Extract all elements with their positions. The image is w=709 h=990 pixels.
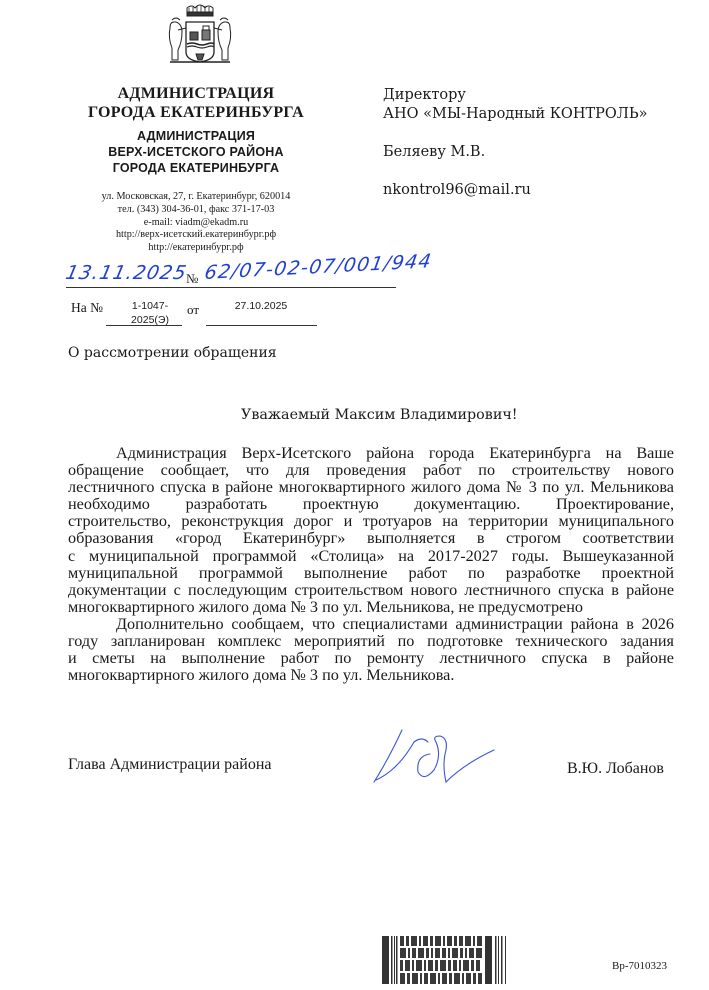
body-line: образования «город Екатеринбург» выполня… — [68, 530, 674, 547]
org-sub-line: ВЕРХ-ИСЕТСКОГО РАЙОНА — [60, 144, 332, 160]
registration-number: 62/07-02-07/001/944 — [203, 250, 434, 284]
reference-label: На № — [71, 300, 103, 316]
ekaterinburg-coat-of-arms-icon — [162, 2, 238, 68]
letter-body: Администрация Верх-Исетского района горо… — [68, 445, 674, 684]
reference-from-label: от — [187, 302, 199, 318]
org-sub-line: ГОРОДА ЕКАТЕРИНБУРГА — [60, 160, 332, 176]
body-line: Администрация Верх-Исетского района горо… — [68, 445, 674, 462]
district-organization-name: АДМИНИСТРАЦИЯ ВЕРХ-ИСЕТСКОГО РАЙОНА ГОРО… — [60, 128, 332, 176]
signatory-name: В.Ю. Лобанов — [567, 760, 664, 778]
contact-address: ул. Московская, 27, г. Екатеринбург, 620… — [60, 191, 332, 204]
registration-underline — [66, 287, 396, 288]
recipient-email[interactable]: nkontrol96@mail.ru — [383, 181, 648, 200]
recipient-block: Директору АНО «МЫ-Народный КОНТРОЛЬ» Бел… — [383, 86, 648, 200]
letter-subject: О рассмотрении обращения — [68, 345, 277, 361]
registration-date: 13.11.2025 — [64, 262, 189, 284]
body-line: многоквартирного жилого дома № 3 по ул. … — [68, 599, 674, 616]
org-main-line: АДМИНИСТРАЦИЯ — [60, 84, 332, 103]
reference-number-line: 1-1047- — [118, 299, 182, 313]
signatory-title: Глава Администрации района — [68, 756, 272, 774]
body-paragraph: Администрация Верх-Исетского района горо… — [68, 445, 674, 616]
organization-contacts: ул. Московская, 27, г. Екатеринбург, 620… — [60, 191, 332, 255]
org-sub-line: АДМИНИСТРАЦИЯ — [60, 128, 332, 144]
body-line: Дополнительно сообщаем, что специалистам… — [68, 616, 674, 633]
body-line: лестничного спуска в районе многоквартир… — [68, 479, 674, 496]
body-line: необходимо разработать проектную докумен… — [68, 496, 674, 513]
recipient-organization: АНО «МЫ-Народный КОНТРОЛЬ» — [383, 105, 648, 124]
registration-number-sign: № — [186, 271, 198, 287]
reference-number: 1-1047- 2025(Э) — [118, 299, 182, 327]
body-line: документации с последующим строительство… — [68, 582, 674, 599]
body-line: многоквартирного жилого дома № 3 по ул. … — [68, 667, 674, 684]
body-paragraph: Дополнительно сообщаем, что специалистам… — [68, 616, 674, 684]
letter-greeting: Уважаемый Максим Владимирович! — [241, 407, 518, 423]
body-line: обращение сообщает, что для проведения р… — [68, 462, 674, 479]
body-line: муниципальной программой выполнение рабо… — [68, 565, 674, 582]
body-line: строительство, реконструкция дорог и тро… — [68, 513, 674, 530]
contact-website[interactable]: http://верх-исетский.екатеринбург.рф — [60, 229, 332, 242]
reference-date-underline — [206, 325, 317, 326]
reference-date: 27.10.2025 — [206, 300, 316, 312]
pdf417-barcode-icon — [382, 936, 512, 984]
document-code: Вр-7010323 — [612, 960, 667, 972]
reference-number-underline — [106, 325, 182, 326]
recipient-name: Беляеву М.В. — [383, 143, 648, 162]
body-line: и сметы на выполнение работ по ремонту л… — [68, 650, 674, 667]
recipient-position: Директору — [383, 86, 648, 105]
contact-email[interactable]: e-mail: viadm@ekadm.ru — [60, 217, 332, 230]
organization-name: АДМИНИСТРАЦИЯ ГОРОДА ЕКАТЕРИНБУРГА — [60, 84, 332, 122]
body-line: году запланирован комплекс мероприятий п… — [68, 633, 674, 650]
handwritten-signature-icon — [368, 720, 498, 790]
org-main-line: ГОРОДА ЕКАТЕРИНБУРГА — [60, 103, 332, 122]
body-line: с муниципальной программой «Столица» на … — [68, 548, 674, 565]
contact-website[interactable]: http://екатеринбург.рф — [60, 242, 332, 255]
contact-phone: тел. (343) 304-36-01, факс 371-17-03 — [60, 204, 332, 217]
